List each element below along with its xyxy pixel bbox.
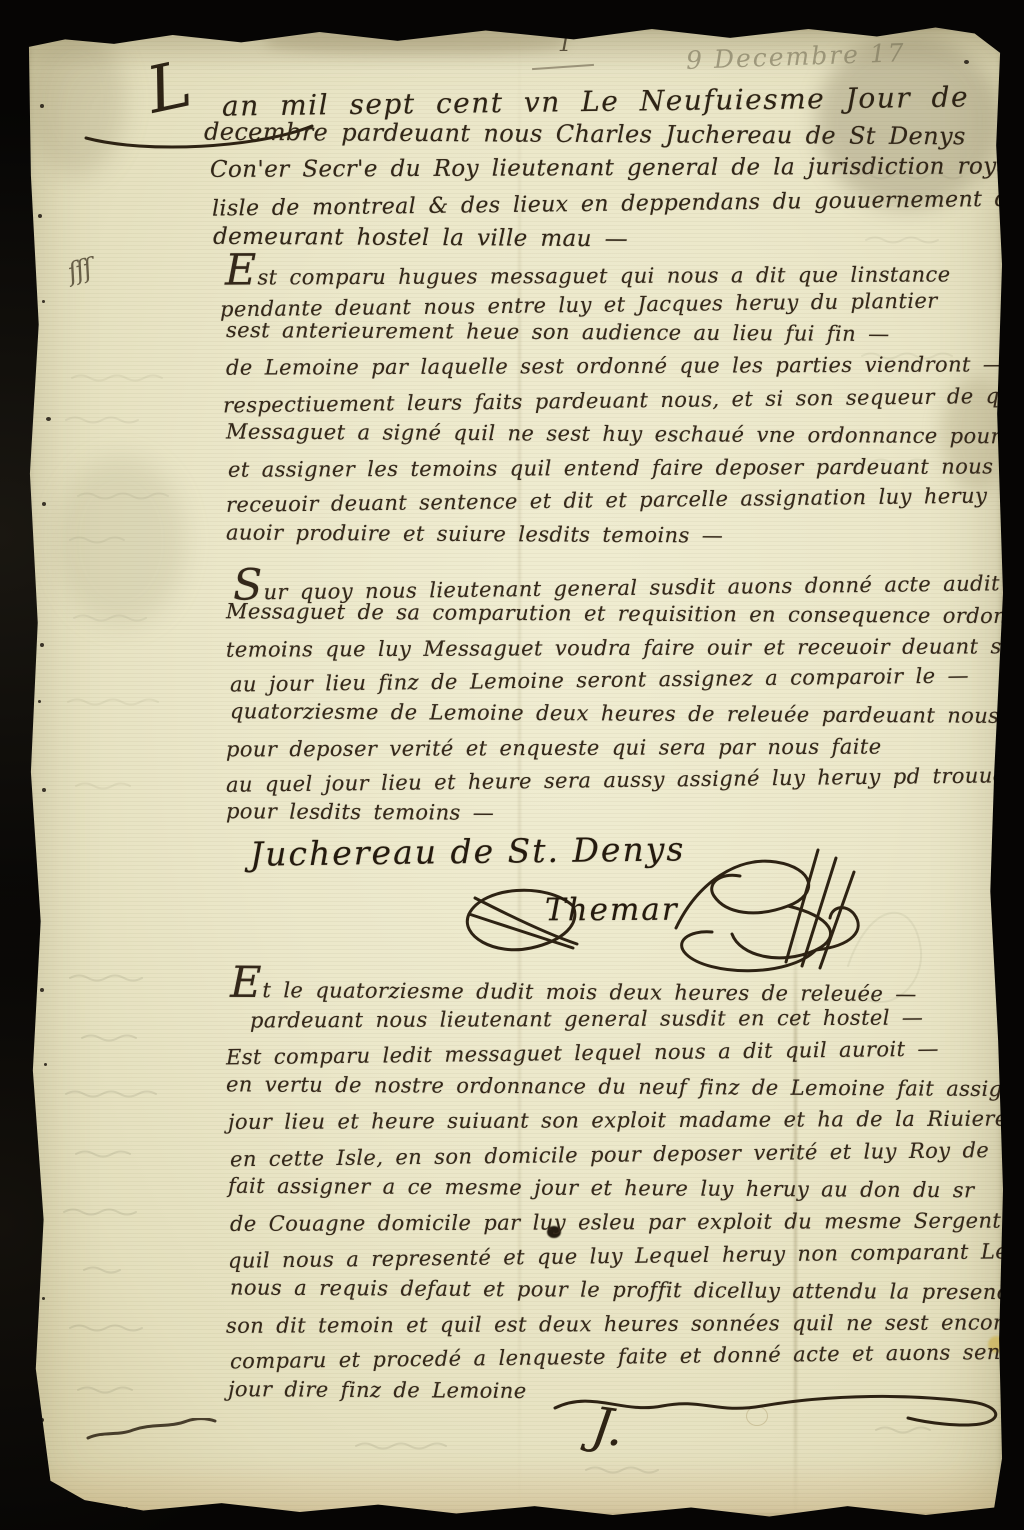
manuscript-line: Messaguet de sa comparution et requisiti… (226, 601, 1024, 628)
manuscript-line: pardeuant nous lieutenant general susdit… (250, 1008, 923, 1032)
ink-speck (112, 1513, 116, 1517)
manuscript-line: decembre pardeuant nous Charles Jucherea… (204, 120, 966, 149)
manuscript-line: de Lemoine par laquelle sest ordonné que… (226, 354, 1004, 378)
manuscript-line: quatorziesme de Lemoine deux heures de r… (230, 701, 1024, 728)
manuscript-line: pour lesdits temoins — (226, 801, 494, 824)
wormhole-dot (42, 300, 45, 303)
page-number: 1 (558, 32, 572, 57)
wormhole-dot (38, 1207, 42, 1211)
manuscript-line: auoir produire et suiure lesdits temoins… (226, 522, 723, 546)
wormhole-dot (38, 214, 42, 218)
wormhole-dot (40, 643, 44, 647)
manuscript-line: fait assigner a ce mesme jour et heure l… (228, 1176, 975, 1202)
manuscript-line: de Couagne domicile par luy esleu par ex… (230, 1210, 1024, 1235)
manuscript-line: Est comparu hugues messaguet qui nous a … (225, 264, 951, 288)
wormhole-dot (40, 988, 44, 992)
wormhole-dot (40, 104, 44, 108)
manuscript-line: pour deposer verité et enqueste qui sera… (226, 737, 882, 761)
manuscript-line: nous a requis defaut et pour le proffit … (230, 1277, 1024, 1303)
manuscript-line: sest anterieurement heue son audience au… (226, 320, 890, 345)
wormhole-dot (40, 1418, 44, 1422)
signature-themar: Themar (545, 892, 679, 929)
manuscript-line: en vertu de nostre ordonnance du neuf fi… (226, 1074, 1024, 1100)
manuscript-line: temoins que luy Messaguet voudra faire o… (226, 636, 1015, 660)
manuscript-line: jour dire finz de Lemoine (228, 1379, 527, 1402)
manuscript-line: Con'er Secr'e du Roy lieutenant general … (210, 155, 1024, 182)
wormhole-dot (42, 1297, 45, 1300)
manuscript-line: Et le quatorziesme dudit mois deux heure… (230, 980, 917, 1005)
wormhole-dot (44, 1063, 47, 1066)
manuscript-line: demeurant hostel la ville mau — (213, 226, 628, 252)
manuscript-line: jour lieu et heure suiuant son exploit m… (228, 1108, 1024, 1133)
signature-juchereau: Juchereau de St. Denys (250, 829, 686, 873)
ink-speck (964, 60, 969, 64)
wormhole-dot (42, 502, 46, 506)
scan-backdrop: 1 9 Decembre 17 L an mil sept cent vn Le… (0, 0, 1024, 1530)
manuscript-page: 1 9 Decembre 17 L an mil sept cent vn Le… (26, 26, 1004, 1518)
wormhole-dot (46, 417, 51, 421)
ink-speck (125, 1507, 128, 1510)
manuscript-line: et assigner les temoins quil entend fair… (228, 456, 1024, 480)
ink-speck (100, 1508, 106, 1513)
wormhole-dot (42, 788, 46, 792)
manuscript-line: Messaguet a signé quil ne sest huy escha… (226, 422, 1024, 448)
manuscript-line: son dit temoin et quil est deux heures s… (226, 1312, 1024, 1337)
wormhole-dot (38, 700, 41, 703)
